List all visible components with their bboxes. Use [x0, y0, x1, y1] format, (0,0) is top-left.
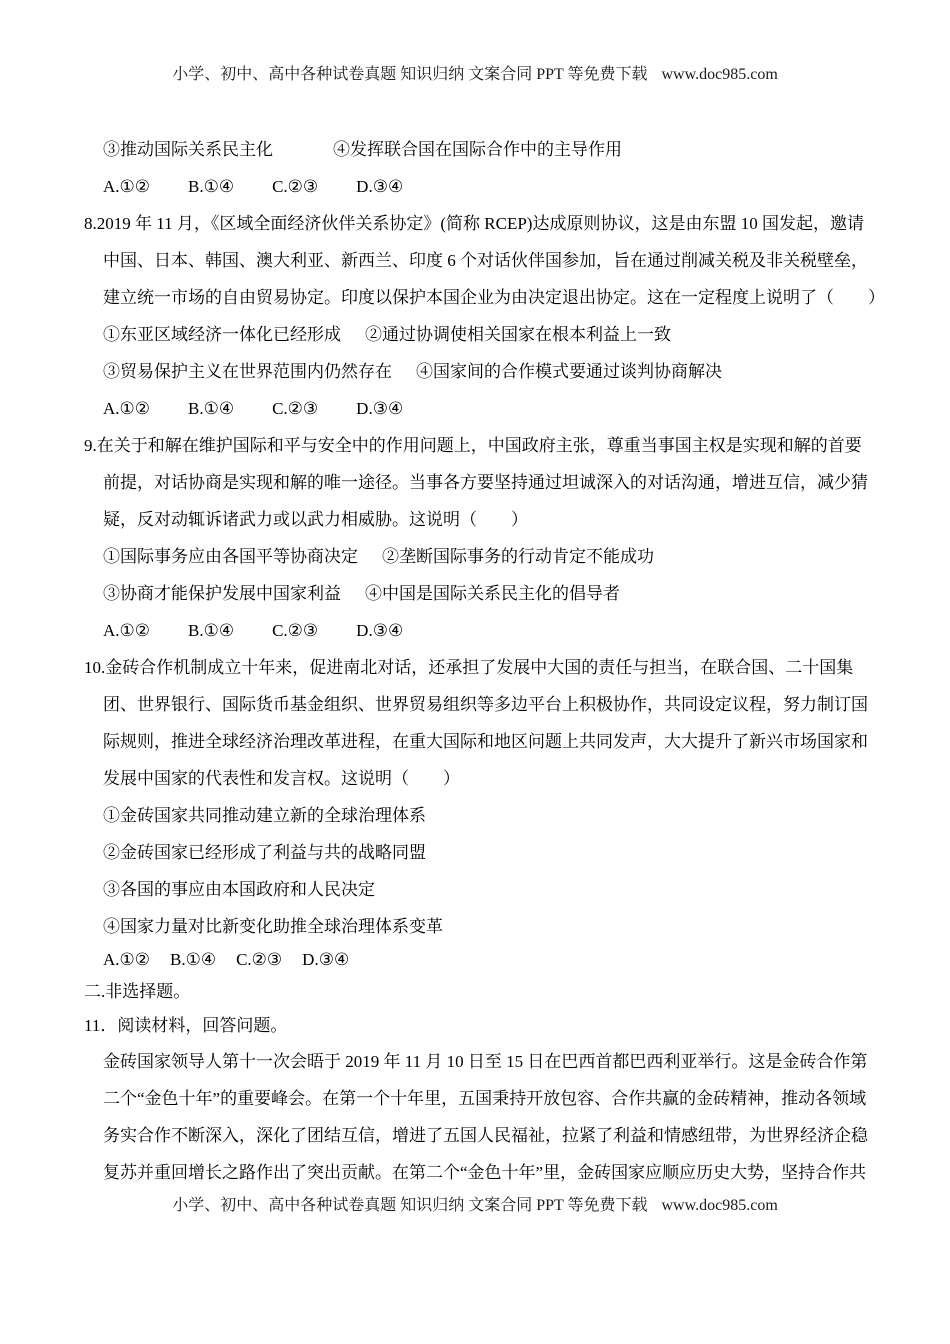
q7-option-3: ③推动国际关系民主化: [103, 140, 273, 159]
header-watermark-url: www.doc985.com: [662, 66, 778, 83]
q10-stem-line-1: 10.金砖合作机制成立十年来，促进南北对话，还承担了发展中大国的责任与担当，在联…: [0, 649, 950, 686]
q7-option-4: ④发挥联合国在国际合作中的主导作用: [333, 140, 622, 159]
exam-page: 小学、初中、高中各种试卷真题 知识归纳 文案合同 PPT 等免费下载www.do…: [0, 0, 950, 1344]
q11-paragraph-line-3: 务实合作不断深入，深化了团结互信，增进了五国人民福祉，拉紧了利益和情感纽带，为世…: [0, 1117, 950, 1154]
q8-answer-a: A.①②: [103, 399, 150, 418]
q9-stem-line-2: 前提，对话协商是实现和解的唯一途径。当事各方要坚持通过坦诚深入的对话沟通，增进互…: [0, 464, 950, 501]
q9-answer-b: B.①④: [188, 621, 234, 640]
q8-option-row-1: ①东亚区域经济一体化已经形成②通过协调使相关国家在根本利益上一致: [0, 316, 950, 353]
q10-option-2: ②金砖国家已经形成了利益与共的战略同盟: [0, 834, 950, 871]
q9-answer-d: D.③④: [356, 621, 403, 640]
q8-answer-d: D.③④: [356, 399, 403, 418]
q7-answer-row: A.①②B.①④C.②③D.③④: [0, 168, 950, 205]
q10-stem-line-2: 团、世界银行、国际货币基金组织、世界贸易组织等多边平台上积极协作，共同设定议程，…: [0, 686, 950, 723]
q11-paragraph-line-2: 二个“金色十年”的重要峰会。在第一个十年里，五国秉持开放包容、合作共赢的金砖精神…: [0, 1080, 950, 1117]
q9-answer-c: C.②③: [272, 621, 318, 640]
q8-answer-c: C.②③: [272, 399, 318, 418]
q8-option-row-2: ③贸易保护主义在世界范围内仍然存在④国家间的合作模式要通过谈判协商解决: [0, 353, 950, 390]
q9-option-4: ④中国是国际关系民主化的倡导者: [365, 584, 620, 603]
footer-watermark: 小学、初中、高中各种试卷真题 知识归纳 文案合同 PPT 等免费下载www.do…: [0, 1192, 950, 1215]
q11-paragraph-line-4: 复苏并重回增长之路作出了突出贡献。在第二个“金色十年”里，金砖国家应顺应历史大势…: [0, 1154, 950, 1191]
header-watermark-text: 小学、初中、高中各种试卷真题 知识归纳 文案合同 PPT 等免费下载: [172, 66, 647, 83]
q11-paragraph-line-1: 金砖国家领导人第十一次会晤于 2019 年 11 月 10 日至 15 日在巴西…: [0, 1043, 950, 1080]
q10-option-4: ④国家力量对比新变化助推全球治理体系变革: [0, 908, 950, 945]
footer-watermark-text: 小学、初中、高中各种试卷真题 知识归纳 文案合同 PPT 等免费下载: [172, 1197, 647, 1214]
q10-stem-line-3: 际规则，推进全球经济治理改革进程，在重大国际和地区问题上共同发声，大大提升了新兴…: [0, 723, 950, 760]
q9-option-3: ③协商才能保护发展中国家利益: [103, 584, 341, 603]
q10-option-1: ①金砖国家共同推动建立新的全球治理体系: [0, 797, 950, 834]
q10-answer-a: A.①②: [103, 950, 150, 969]
q9-option-row-1: ①国际事务应由各国平等协商决定②垄断国际事务的行动肯定不能成功: [0, 538, 950, 575]
q7-answer-b: B.①④: [188, 177, 234, 196]
q8-option-1: ①东亚区域经济一体化已经形成: [103, 325, 341, 344]
footer-watermark-url: www.doc985.com: [662, 1197, 778, 1214]
q9-option-row-2: ③协商才能保护发展中国家利益④中国是国际关系民主化的倡导者: [0, 575, 950, 612]
q8-option-2: ②通过协调使相关国家在根本利益上一致: [365, 325, 671, 344]
exam-body: ③推动国际关系民主化④发挥联合国在国际合作中的主导作用 A.①②B.①④C.②③…: [0, 131, 950, 1191]
q8-answer-row: A.①②B.①④C.②③D.③④: [0, 390, 950, 427]
header-watermark: 小学、初中、高中各种试卷真题 知识归纳 文案合同 PPT 等免费下载www.do…: [0, 61, 950, 84]
q8-option-4: ④国家间的合作模式要通过谈判协商解决: [416, 362, 722, 381]
q10-option-3: ③各国的事应由本国政府和人民决定: [0, 871, 950, 908]
q10-answer-b: B.①④: [170, 950, 216, 969]
section-2-heading: 二.非选择题。: [0, 975, 950, 1009]
q9-stem-line-3: 疑，反对动辄诉诸武力或以武力相威胁。这说明（ ）: [0, 501, 950, 538]
q8-answer-b: B.①④: [188, 399, 234, 418]
q8-option-3: ③贸易保护主义在世界范围内仍然存在: [103, 362, 392, 381]
q7-answer-c: C.②③: [272, 177, 318, 196]
q9-answer-a: A.①②: [103, 621, 150, 640]
q10-stem-line-4: 发展中国家的代表性和发言权。这说明（ ）: [0, 760, 950, 797]
q9-option-1: ①国际事务应由各国平等协商决定: [103, 547, 358, 566]
q11-heading: 11．阅读材料，回答问题。: [0, 1009, 950, 1043]
q7-option-row: ③推动国际关系民主化④发挥联合国在国际合作中的主导作用: [0, 131, 950, 168]
q10-answer-row: A.①②B.①④C.②③D.③④: [0, 945, 950, 975]
q10-answer-d: D.③④: [302, 950, 349, 969]
q10-answer-c: C.②③: [236, 950, 282, 969]
q8-stem-line-2: 中国、日本、韩国、澳大利亚、新西兰、印度 6 个对话伙伴国参加，旨在通过削减关税…: [0, 242, 950, 279]
q7-answer-d: D.③④: [356, 177, 403, 196]
q9-answer-row: A.①②B.①④C.②③D.③④: [0, 612, 950, 649]
q7-answer-a: A.①②: [103, 177, 150, 196]
q8-stem-line-1: 8.2019 年 11 月，《区域全面经济伙伴关系协定》(简称 RCEP)达成原…: [0, 205, 950, 242]
q8-stem-line-3: 建立统一市场的自由贸易协定。印度以保护本国企业为由决定退出协定。这在一定程度上说…: [0, 279, 950, 316]
q9-option-2: ②垄断国际事务的行动肯定不能成功: [382, 547, 654, 566]
q9-stem-line-1: 9.在关于和解在维护国际和平与安全中的作用问题上，中国政府主张，尊重当事国主权是…: [0, 427, 950, 464]
